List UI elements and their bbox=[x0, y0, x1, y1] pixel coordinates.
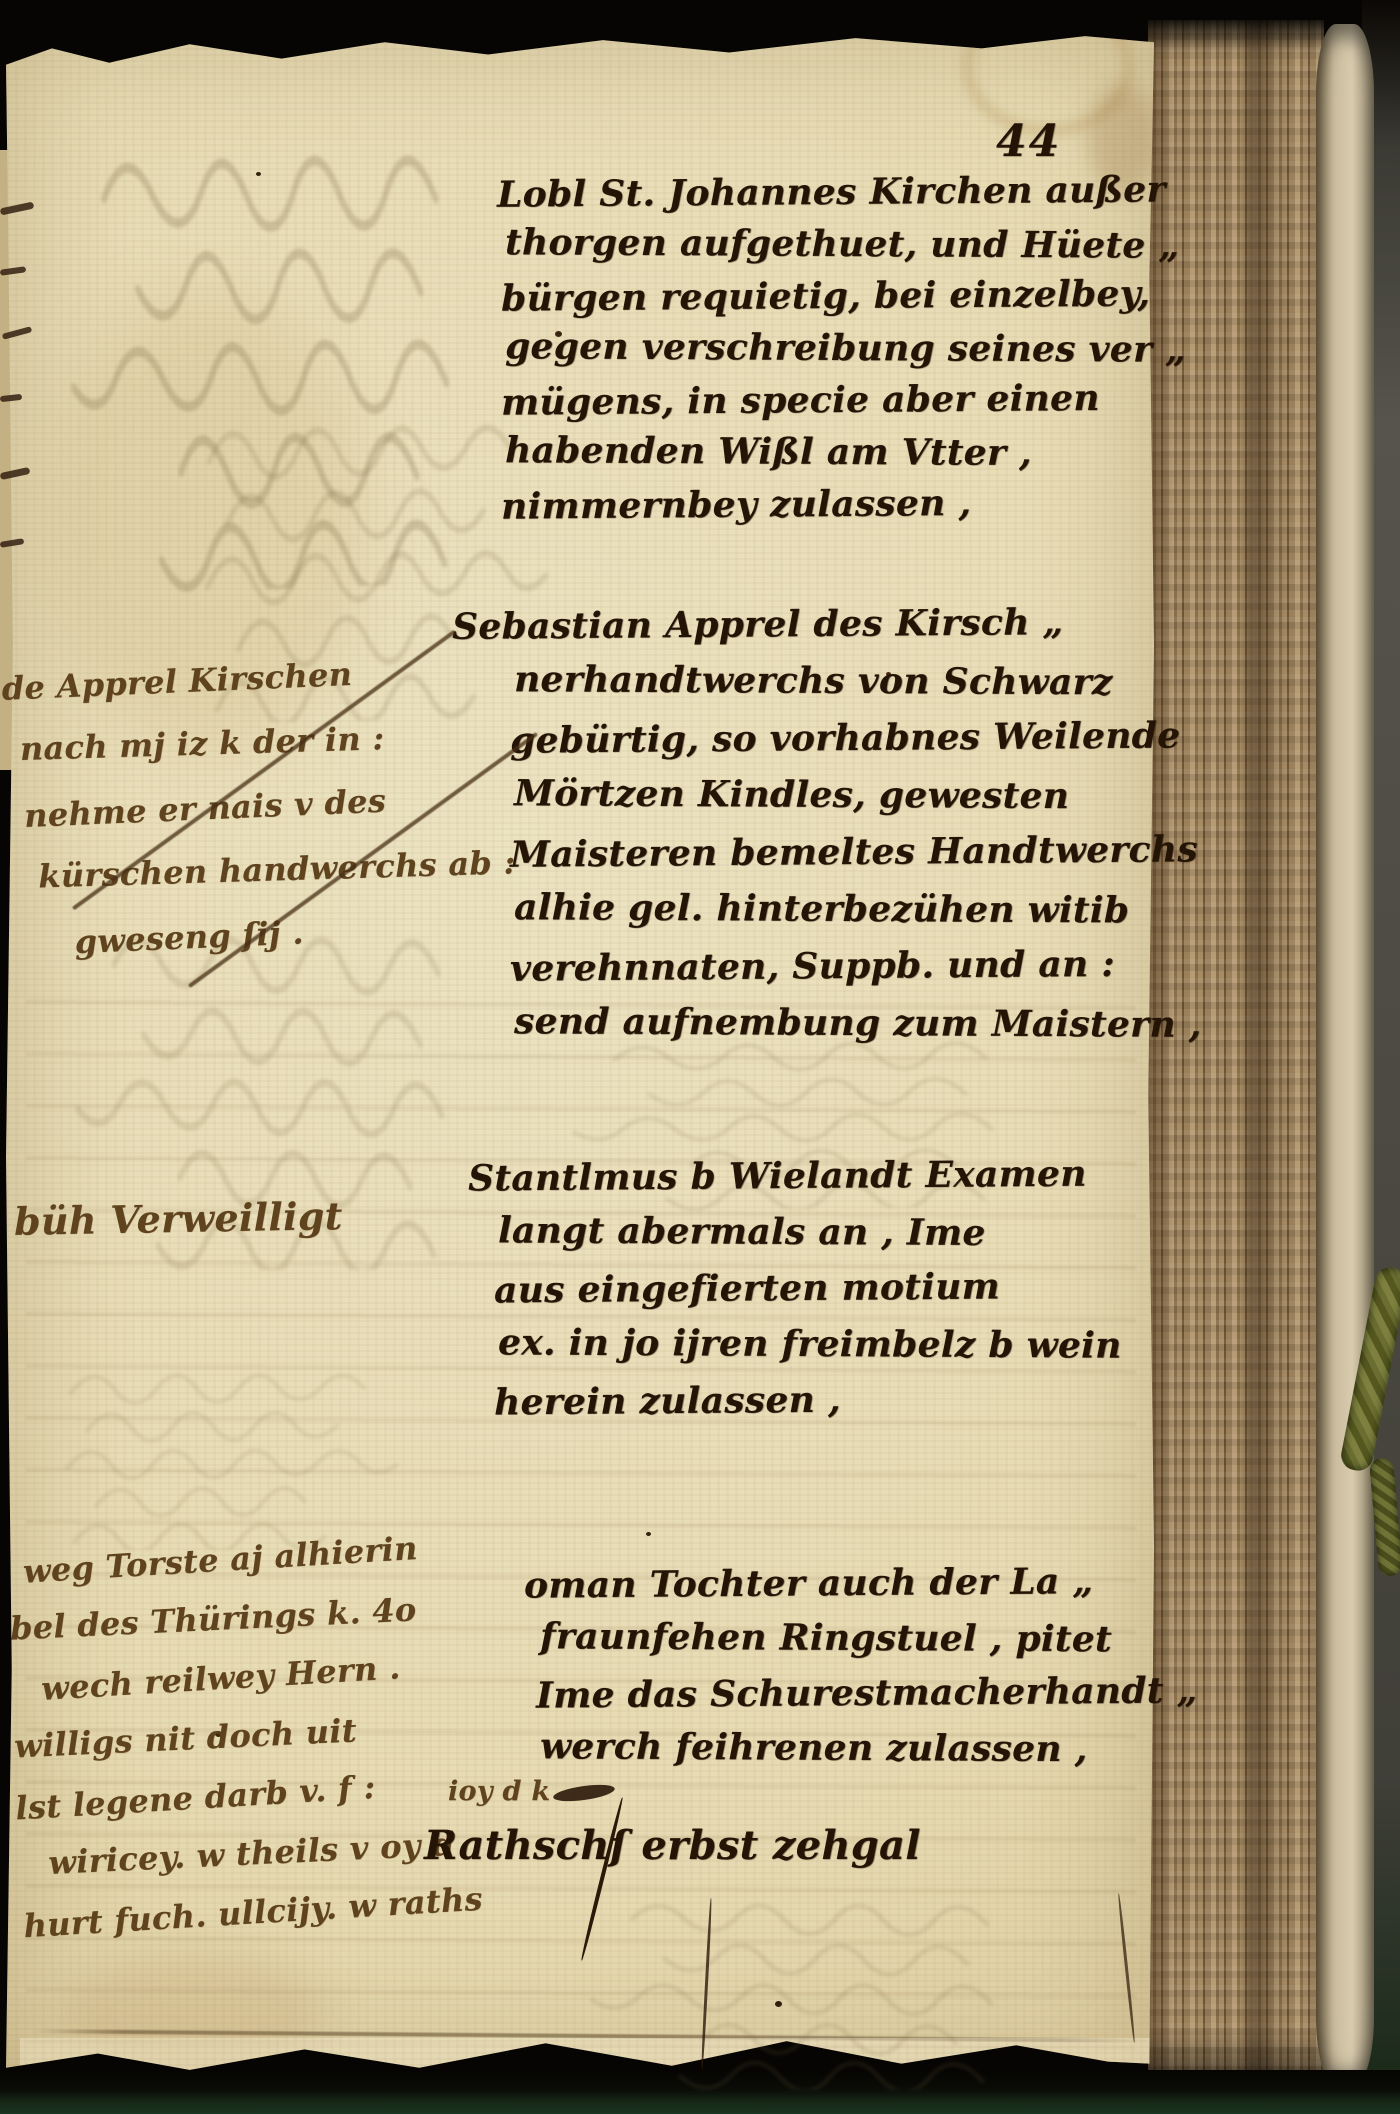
text-line: ex. in jo ijren freimbelz b wein bbox=[498, 1314, 1122, 1373]
table-cloth-strip bbox=[0, 2070, 1400, 2114]
margin-note-verdict: büh Verweilligt bbox=[14, 1193, 343, 1244]
text-line: langt abermals an , Ime bbox=[498, 1202, 1122, 1261]
ink-specks bbox=[256, 172, 261, 176]
text-line: bürgen requietig, bei einzelbey, bbox=[501, 267, 1183, 324]
manuscript-photo: 44 Lobl St. Johannes Kirchen außerthorge… bbox=[0, 0, 1400, 2114]
entry-paragraph-3: Stantlmus b Wielandt Examenlangt abermal… bbox=[468, 1148, 1118, 1428]
clerk-signature: Rathschſ erbst zehgal bbox=[424, 1822, 921, 1869]
text-line: Sebastian Apprel des Kirsch „ bbox=[452, 593, 1198, 656]
text-line: Stantlmus b Wielandt Examen bbox=[468, 1145, 1118, 1206]
outer-page-edge bbox=[1316, 24, 1374, 2086]
margin-note-bottom: weg Torste aj alhierinbel des Thürings k… bbox=[0, 1518, 484, 1955]
text-line: fraunfehen Ringstuel , pitet bbox=[540, 1609, 1202, 1667]
text-line: oman Tochter auch der La „ bbox=[524, 1553, 1198, 1613]
page-number: 44 bbox=[996, 116, 1061, 167]
text-line: alhie gel. hinterbezühen witib bbox=[514, 879, 1202, 940]
text-line: herein zulassen , bbox=[494, 1370, 1118, 1431]
text-line: send aufnembung zum Maistern , bbox=[514, 993, 1202, 1054]
text-line: gebürtig, so vorhabnes Weilende bbox=[510, 707, 1198, 769]
text-line: nimmernbey zulassen , bbox=[501, 475, 1183, 532]
text-line: gegen verschreibung seines ver „ bbox=[505, 320, 1186, 376]
signature-prefix: ioy d k bbox=[448, 1776, 550, 1807]
text-line: aus eingefierten motium bbox=[494, 1258, 1118, 1319]
text-line: mügens, in specie aber einen bbox=[501, 371, 1183, 428]
text-line: Ime das Schurestmacherhandt „ bbox=[536, 1663, 1198, 1723]
text-line: Lobl St. Johannes Kirchen außer bbox=[497, 163, 1183, 220]
text-line: thorgen aufgethuet, und Hüete „ bbox=[505, 216, 1186, 272]
entry-paragraph-2: Sebastian Apprel des Kirsch „nerhandtwer… bbox=[452, 596, 1198, 1052]
entry-paragraph-1: Lobl St. Johannes Kirchen außerthorgen a… bbox=[497, 166, 1182, 530]
text-line: Mörtzen Kindles, gewesten bbox=[514, 765, 1202, 826]
text-line: werch feihrenen zulassen , bbox=[540, 1719, 1202, 1777]
text-line: nerhandtwerchs von Schwarz bbox=[514, 651, 1202, 712]
text-line: habenden Wißl am Vtter , bbox=[505, 424, 1186, 480]
text-line: verehnnaten, Suppb. und an : bbox=[510, 935, 1198, 997]
text-line: Maisteren bemeltes Handtwerchs bbox=[510, 821, 1198, 883]
entry-paragraph-4: oman Tochter auch der La „fraunfehen Rin… bbox=[524, 1556, 1198, 1776]
